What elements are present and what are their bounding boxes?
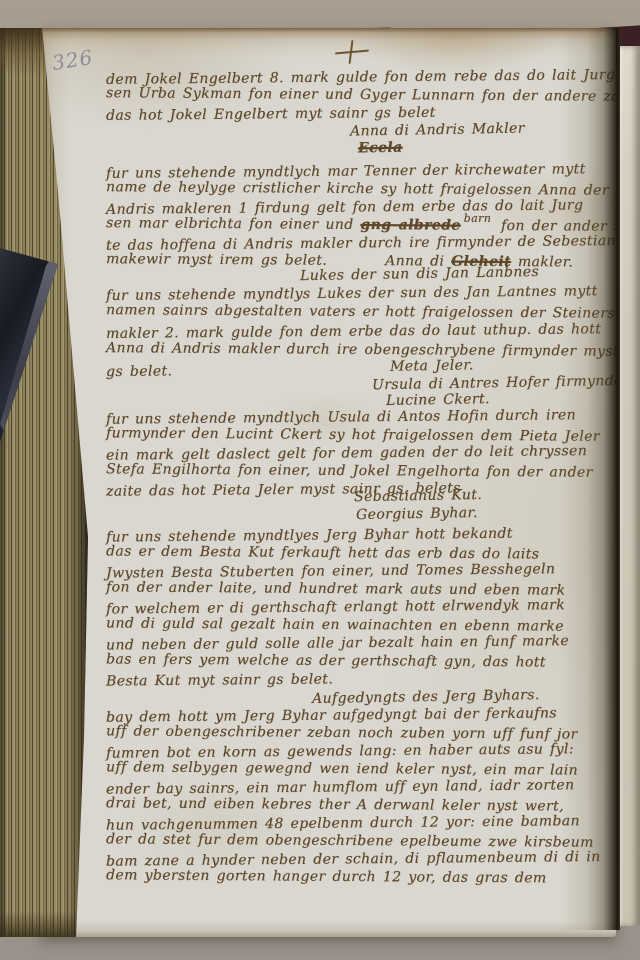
- entry-1-struck-word: Ecela: [358, 140, 403, 157]
- line-text: makewir myst irem gs belet.: [106, 251, 327, 269]
- entry-6: bay dem hott ym Jerg Byhar aufgedyngt ba…: [106, 706, 601, 886]
- entry-4-signature-1: Sebastianus Kut.: [354, 487, 482, 505]
- entry-1-signature: Anna di Andris Makler: [350, 120, 525, 139]
- manuscript-line: dem ybersten gorten hanger durch 12 yor,…: [106, 866, 601, 887]
- entry-4: fur uns stehende myndtlych Usula di Anto…: [106, 408, 600, 498]
- facing-page-edge: [620, 46, 640, 926]
- line-text: sen mar elbrichta fon einer und: [106, 215, 361, 233]
- book-gutter-shadow: [560, 28, 620, 930]
- ink-cross-icon: [335, 40, 369, 64]
- struck-text: gng albrede: [360, 217, 460, 234]
- entry-4-signature-2: Georgius Byhar.: [356, 505, 478, 523]
- manuscript-page: 326 dem Jokel Engelbert 8. mark gulde fo…: [40, 28, 616, 937]
- entry-3-signature-1: Meta Jeler.: [390, 357, 474, 374]
- pencil-page-number: 326: [50, 45, 94, 75]
- entry-5: fur uns stehende myndtlyes Jerg Byhar ho…: [106, 526, 569, 688]
- photo-background: 326 dem Jokel Engelbert 8. mark gulde fo…: [0, 0, 640, 960]
- entry-3-heading: Lukes der sun dis Jan Lanbnes: [300, 264, 539, 284]
- entry-2: fur uns stehende myndtlych mar Tenner de…: [106, 162, 635, 270]
- inserted-text: barn: [464, 212, 492, 225]
